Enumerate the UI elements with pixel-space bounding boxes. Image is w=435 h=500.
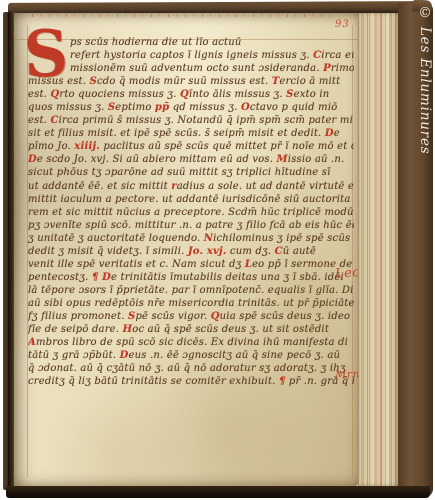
text-segment: ū autē: [283, 246, 316, 257]
manuscript-text-line: lā tēpore ɔsors ī p̄prietāte. par ī omnī…: [28, 284, 354, 297]
rubricated-text: S: [286, 89, 293, 100]
manuscript-text-line: sit et filius misit. et ipē spē scūs. s̄…: [28, 127, 354, 140]
manuscript-text-line: missus est. Scdo q̄ modis mūr suū missus…: [28, 75, 354, 88]
text-segment: ps scūs hodierna die ut līo actuū: [70, 37, 242, 48]
text-segment: rto quociens missus ʒ.: [59, 89, 180, 100]
text-segment: est.: [28, 89, 50, 100]
manuscript-text-line: sicut phōus tʒ ɔparōne ad suū mittit sʒ …: [28, 166, 354, 179]
text-segment: mittit iaculum a pectore. ut addantē iur…: [28, 194, 351, 205]
manuscript-text-line: mittit iaculum a pectore. ut addantē iur…: [28, 193, 354, 206]
text-segment: qd missus ʒ.: [169, 102, 241, 113]
text-segment: e trinitātis īmutabilis deitas una ʒ ī s…: [111, 272, 344, 283]
rubricated-text: C: [50, 115, 58, 126]
text-segment: fʒ filius promonet.: [28, 311, 128, 322]
text-segment: sit et filius misit. et ipē spē scūs. s̄…: [28, 128, 325, 139]
text-segment: ʒ unitatē ʒ auctoritatē loquendo.: [28, 233, 204, 244]
rubricated-text: M: [277, 154, 288, 165]
text-segment: īnto ālis missus ʒ.: [189, 89, 286, 100]
manuscript-text-line: ʒ unitatē ʒ auctoritatē loquendo. Nichil…: [28, 232, 354, 245]
manuscript-text-line: ps scūs hodierna die ut līo actuū: [28, 36, 354, 49]
text-segment: ercio ā mitt: [279, 76, 340, 87]
manuscript-text-line: ut addantē ēē. et sic mittit radius a so…: [28, 180, 354, 193]
text-segment: est.: [28, 115, 50, 126]
text-segment: ctavo p quid miō: [250, 102, 338, 113]
rubricated-text: S: [90, 76, 97, 87]
rubricated-text: pp̄: [155, 102, 169, 113]
text-segment: mbros libro de spū scō sic dicēs. Ex div…: [36, 337, 348, 348]
page-edge-speckle: [32, 14, 332, 17]
text-segment: missus est.: [28, 76, 90, 87]
text-segment: fīe de seipō dare.: [28, 324, 123, 335]
text-segment: pīmo Jo.: [28, 141, 74, 152]
text-segment: rem et sic mittit nūcius a preceptore. S…: [28, 207, 354, 218]
manuscript-page: 93 S ps scūs hodierna die ut līo actuūre…: [14, 13, 359, 487]
manuscript-text-line: venit ille spē veritatis et c. Nam sicut…: [28, 258, 354, 271]
text-segment: cum dʒ.: [227, 246, 275, 257]
manuscript-text-line: fʒ filius promonet. Spē scūs vigor. Quia…: [28, 310, 354, 323]
text-segment: sicut phōus tʒ ɔparōne ad suū mittit sʒ …: [28, 167, 330, 178]
text-segment: pʒ ɔvenīte spiū scō. mittitur .n. a patr…: [28, 220, 354, 231]
rubricated-text: A: [28, 337, 36, 348]
manuscript-text-line: missionēm suū adventum octo sunt ɔsidera…: [28, 62, 354, 75]
folio-number: 93: [335, 19, 359, 30]
rubricated-text: N: [204, 233, 213, 244]
manuscript-text-line: refert hystoria captos ī lignis igneis m…: [28, 49, 354, 62]
marginal-note-mrn: Mrn: [335, 367, 361, 381]
manuscript-text-line: pīmo Jo. xiiij. paclitus aū spē scūs quē…: [28, 140, 354, 153]
manuscript-text-line: dedit ʒ misit q̄ videtʒ. ī simili. Jo. x…: [28, 245, 354, 258]
text-segment: aū sibi opus redēptōis nr̄e misericordia…: [28, 298, 354, 309]
rubricated-text: H: [123, 324, 133, 335]
manuscript-text-line: Ambros libro de spū scō sic dicēs. Ex di…: [28, 336, 354, 349]
text-segment: venit ille spē veritatis et c. Nam sicut…: [28, 259, 245, 270]
text-segment: e: [334, 128, 340, 139]
text-segment: oc aū q̄ spē scūs deus ʒ. ut sit ostēdit: [132, 324, 329, 335]
manuscript-text-line: q̄ ɔdonat. aū q̄ cʒātū nō ʒ. aū q̄ nō ad…: [28, 362, 354, 375]
text-segment: creditʒ q̄ liʒ bātū trinitātis se comitē…: [28, 376, 279, 387]
book-fore-edge-pages: [358, 13, 400, 486]
rubricated-text: ¶ D: [92, 272, 111, 283]
text-segment: ichilominus ʒ ipē spē scūs seipm̄: [213, 233, 354, 244]
text-segment: dedit ʒ misit q̄ videtʒ. ī simili.: [28, 246, 188, 257]
text-segment: irca primū s̄ missus ʒ. Notandū q̄ ipm̄ …: [59, 115, 353, 126]
text-segment: pentecostʒ.: [28, 272, 92, 283]
rubricated-text: Q: [211, 311, 220, 322]
text-segment: irca eū: [321, 50, 354, 61]
text-segment: adius a sole. ut ad dantē virtutē et sic: [177, 181, 354, 192]
text-segment: uia spē scūs deus ʒ. ideo: [220, 311, 351, 322]
manuscript-text-line: fīe de seipō dare. Hoc aū q̄ spē scūs de…: [28, 323, 354, 336]
text-segment: paclitus aū spē scūs quē mittet pr̄ ī no…: [100, 141, 354, 152]
rubricated-text: P: [323, 63, 331, 74]
text-segment: cdo q̄ modis mūr suū missus est.: [97, 76, 272, 87]
manuscript-text-line: rem et sic mittit nūcius a preceptore. S…: [28, 206, 354, 219]
manuscript-text-line: aū sibi opus redēptōis nr̄e misericordia…: [28, 297, 354, 310]
text-segment: pē scūs vigor.: [135, 311, 210, 322]
manuscript-text-line: creditʒ q̄ liʒ bātū trinitātis se comitē…: [28, 375, 354, 388]
text-segment: e scdo Jo. xvj. Si aū abiero mittam eū a…: [37, 154, 277, 165]
manuscript-lines: ps scūs hodierna die ut līo actuūrefert …: [28, 36, 354, 388]
text-segment: issio aū .n.: [288, 154, 345, 165]
rubricated-text: L: [245, 259, 252, 270]
watermark-credit: © Les Enluminures: [411, 5, 433, 255]
manuscript-text-line: pentecostʒ. ¶ De trinitātis īmutabilis d…: [28, 271, 354, 284]
text-segment: quos missus ʒ.: [28, 102, 108, 113]
manuscript-text-line: De scdo Jo. xvj. Si aū abiero mittam eū …: [28, 153, 354, 166]
text-segment: eus .n. ēē ɔgnoscitʒ aū q̄ sine pecō ʒ. …: [128, 350, 340, 361]
text-segment: q̄ ɔdonat. aū q̄ cʒātū nō ʒ. aū q̄ nō ad…: [28, 363, 346, 374]
rubricated-text: C: [275, 246, 283, 257]
rubricated-text: Jo. xvj.: [188, 246, 227, 257]
text-segment: eptimo: [115, 102, 155, 113]
text-segment: lā tēpore ɔsors ī p̄prietāte. par ī omnī…: [28, 285, 354, 296]
manuscript-photo: 93 S ps scūs hodierna die ut līo actuūre…: [0, 0, 435, 500]
rubricated-text: xiiij.: [74, 141, 100, 152]
text-segment: missionēm suū adventum octo sunt ɔsidera…: [70, 63, 323, 74]
manuscript-text-line: pʒ ɔvenīte spiū scō. mittitur .n. a patr…: [28, 219, 354, 232]
text-segment: refert hystoria captos ī lignis igneis m…: [70, 50, 313, 61]
text-segment: tātū ʒ grā ɔp̄būt.: [28, 350, 120, 361]
rubricated-text: Q: [180, 89, 189, 100]
manuscript-text-line: est. Qrto quociens missus ʒ. Qīnto ālis …: [28, 88, 354, 101]
manuscript-text-line: tātū ʒ grā ɔp̄būt. Deus .n. ēē ɔgnoscitʒ…: [28, 349, 354, 362]
text-segment: rimo a q̄: [331, 63, 354, 74]
manuscript-text-line: quos missus ʒ. Septimo pp̄ qd missus ʒ. …: [28, 101, 354, 114]
text-segment: ut addantē ēē. et sic mittit: [28, 181, 171, 192]
book-cover-bottom-edge: [6, 486, 430, 498]
rubricated-text: D: [28, 154, 37, 165]
rubricated-text: O: [241, 102, 250, 113]
manuscript-text-line: est. Circa primū s̄ missus ʒ. Notandū q̄…: [28, 114, 354, 127]
rubricated-text: D: [325, 128, 334, 139]
text-segment: exto in: [294, 89, 330, 100]
